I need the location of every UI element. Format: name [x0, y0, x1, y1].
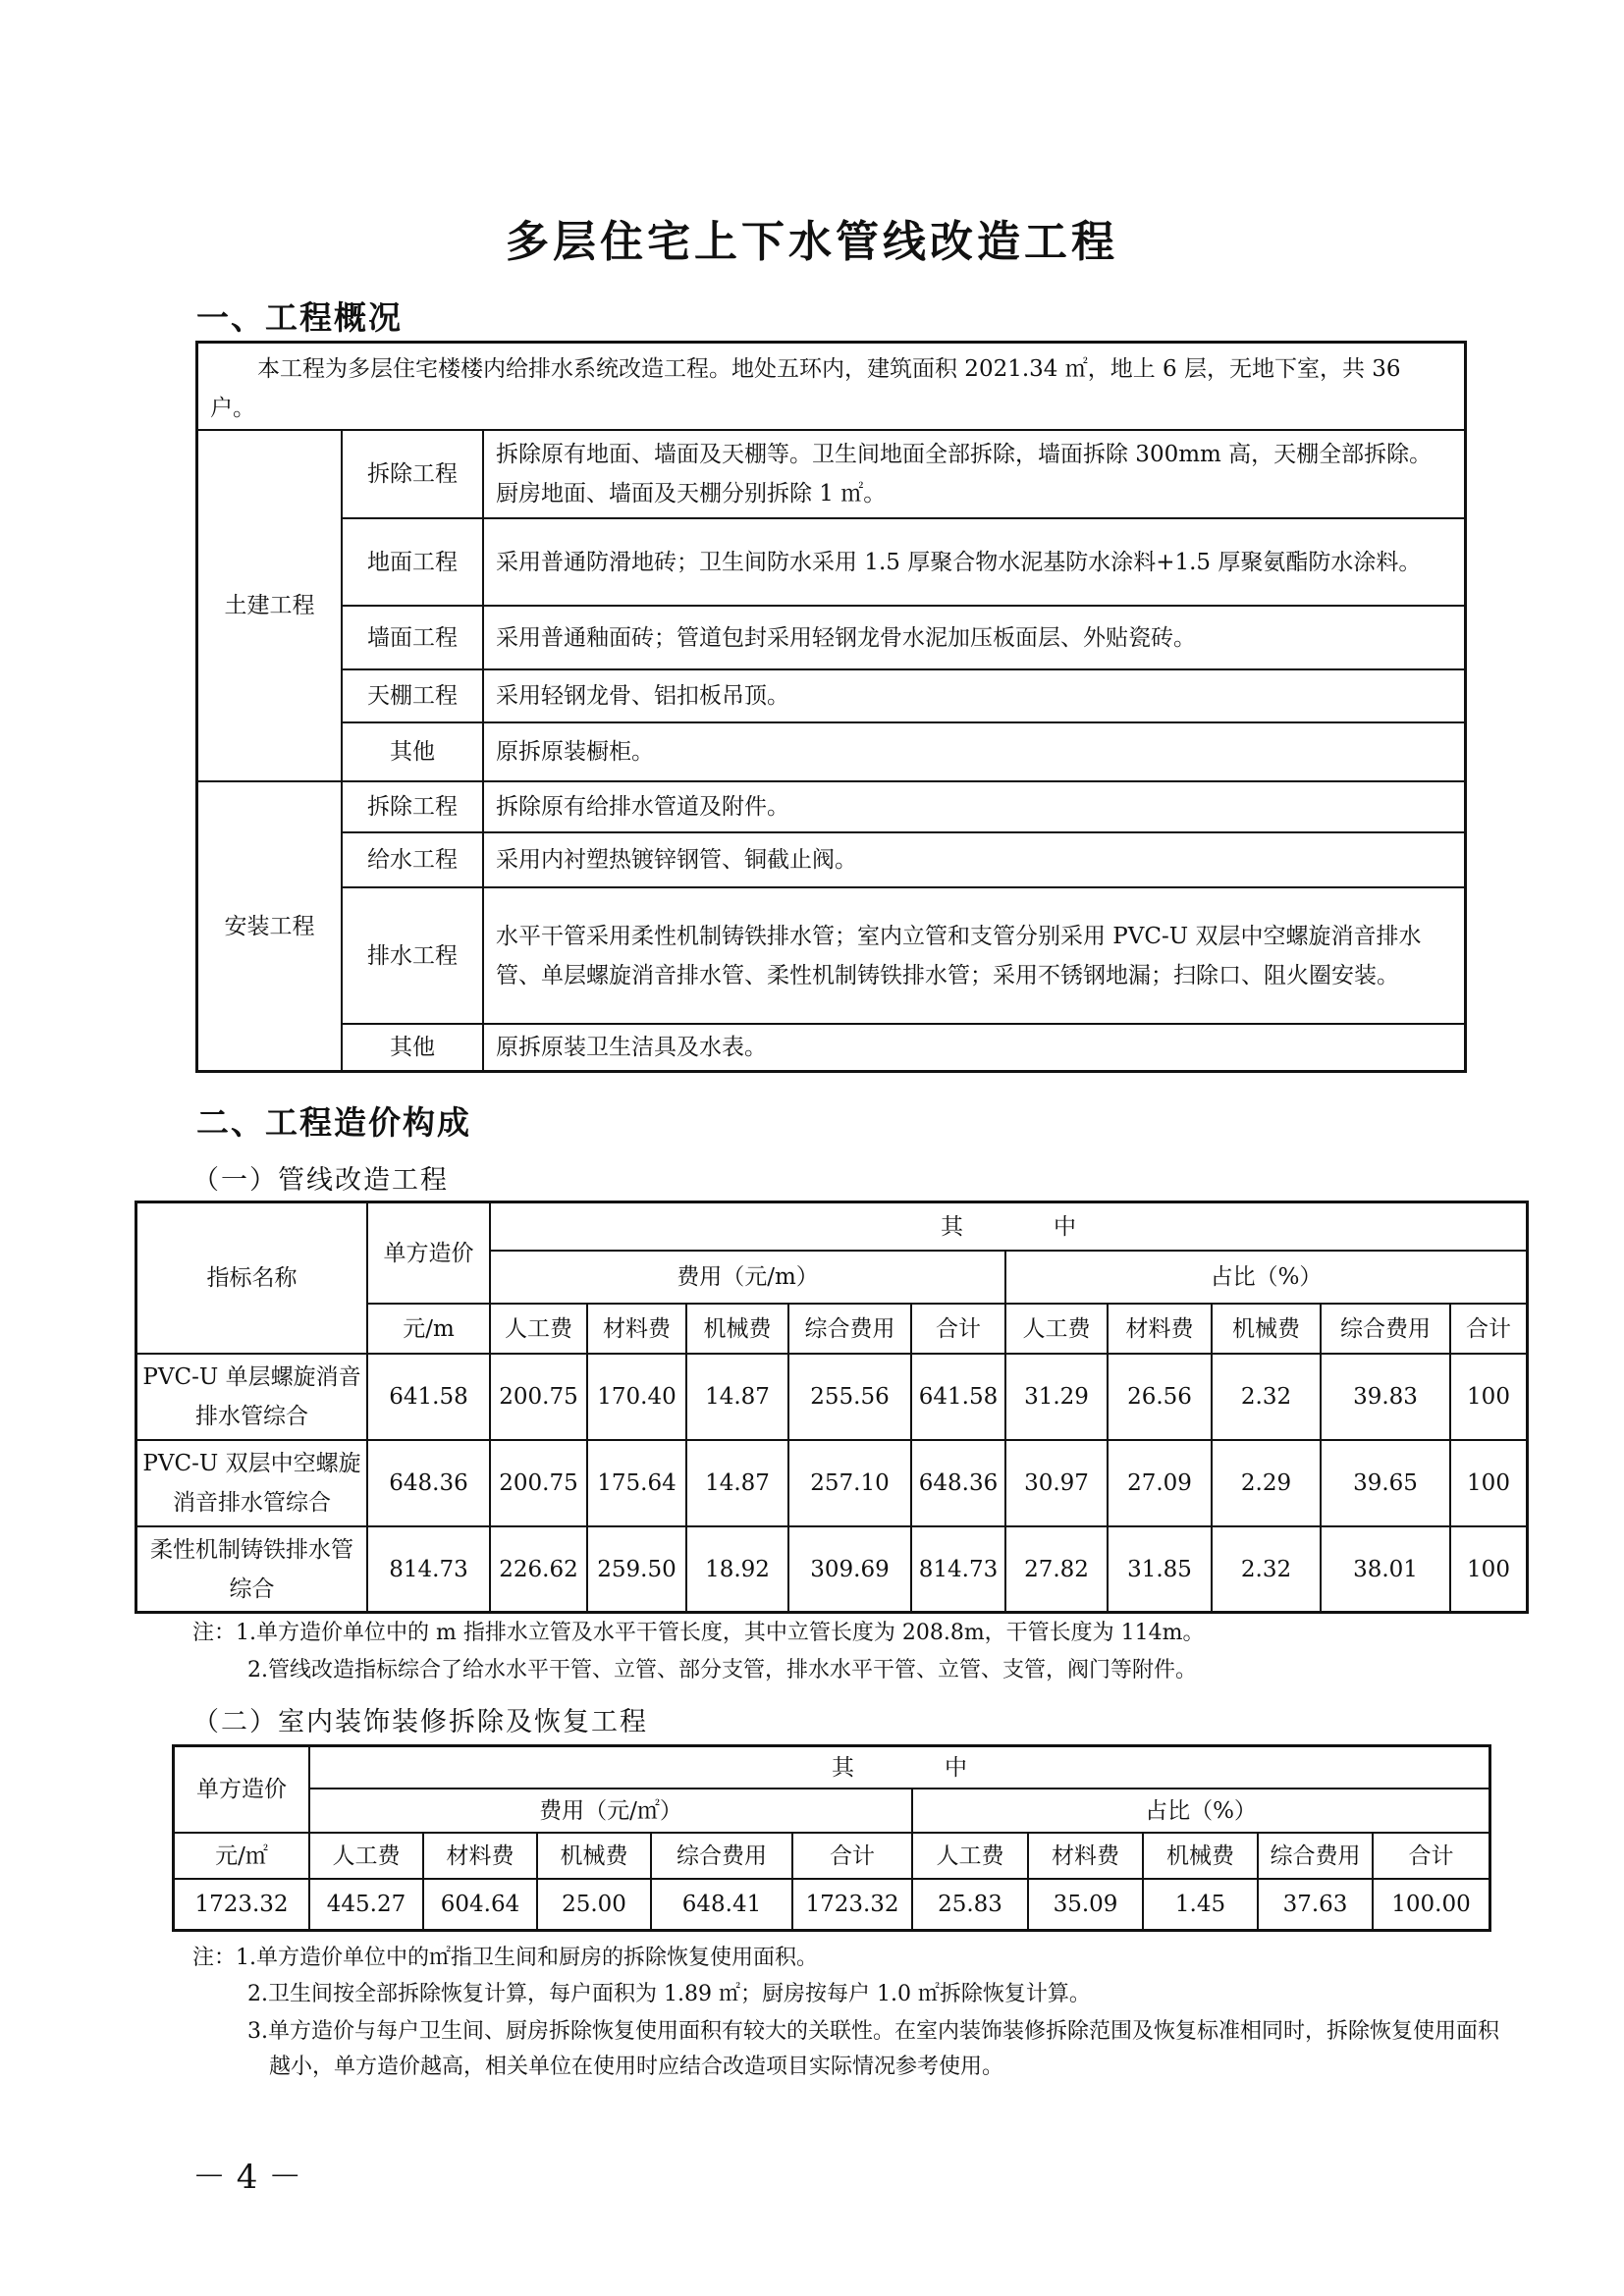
cell-material: 170.40: [588, 1355, 685, 1439]
row-price: 814.73: [368, 1527, 489, 1611]
header-col: 合计: [912, 1305, 1004, 1353]
cell-overhead: 257.10: [789, 1441, 910, 1525]
cell-machine: 14.87: [687, 1441, 787, 1525]
cell-overhead-ratio: 39.65: [1322, 1441, 1449, 1525]
header-among: 其 中: [310, 1747, 1489, 1788]
cell-machine-ratio: 2.32: [1213, 1527, 1320, 1611]
header-col: 材料费: [1109, 1305, 1211, 1353]
header-col: 综合费用: [652, 1834, 791, 1878]
header-col: 综合费用: [1259, 1834, 1372, 1878]
header-col: 人工费: [310, 1834, 422, 1878]
item-desc: 原拆原装橱柜。: [484, 723, 1464, 780]
subsection-heading-pipeline: （一）管线改造工程: [192, 1158, 449, 1197]
header-unit-price: 单方造价: [175, 1747, 308, 1832]
cell-material-ratio: 27.09: [1109, 1441, 1211, 1525]
item-label: 墙面工程: [343, 607, 482, 668]
section-heading-cost: 二、工程造价构成: [196, 1097, 471, 1144]
cell-total: 814.73: [912, 1527, 1004, 1611]
note-1: 注：1.单方造价单位中的㎡指卫生间和厨房的拆除恢复使用面积。: [192, 1941, 818, 1976]
item-desc: 拆除原有给排水管道及附件。: [484, 782, 1464, 831]
group-label-installation: 安装工程: [198, 782, 341, 1071]
cell-material-ratio: 31.85: [1109, 1527, 1211, 1611]
cell-labor: 226.62: [491, 1527, 586, 1611]
cell-machine-ratio: 2.29: [1213, 1441, 1320, 1525]
note-2: 2.卫生间按全部拆除恢复计算，每户面积为 1.89 ㎡；厨房按每户 1.0 ㎡拆…: [247, 1977, 1091, 2012]
header-col: 机械费: [687, 1305, 787, 1353]
cell-machine: 25.00: [538, 1880, 650, 1929]
header-col: 机械费: [538, 1834, 650, 1878]
header-name: 指标名称: [137, 1203, 366, 1353]
header-col: 合计: [1374, 1834, 1489, 1878]
item-label: 其他: [343, 723, 482, 780]
cell-overhead-ratio: 38.01: [1322, 1527, 1449, 1611]
row-price: 1723.32: [175, 1880, 308, 1929]
header-unit: 元/m: [368, 1305, 489, 1353]
cell-total: 641.58: [912, 1355, 1004, 1439]
item-desc: 水平干管采用柔性机制铸铁排水管；室内立管和支管分别采用 PVC-U 双层中空螺旋…: [484, 888, 1464, 1023]
cell-total-ratio: 100: [1451, 1527, 1526, 1611]
overview-intro: 本工程为多层住宅楼楼内给排水系统改造工程。地处五环内，建筑面积 2021.34 …: [198, 344, 1463, 430]
header-col: 材料费: [424, 1834, 536, 1878]
cell-material-ratio: 26.56: [1109, 1355, 1211, 1439]
row-name: 柔性机制铸铁排水管综合: [139, 1527, 364, 1611]
row-name: PVC-U 双层中空螺旋消音排水管综合: [139, 1441, 364, 1525]
group-label-civil: 土建工程: [198, 431, 341, 780]
header-ratio-group: 占比（%）: [913, 1789, 1489, 1832]
cell-labor: 200.75: [491, 1441, 586, 1525]
cell-labor: 445.27: [310, 1880, 422, 1929]
header-col: 合计: [793, 1834, 911, 1878]
note-3: 3.单方造价与每户卫生间、厨房拆除恢复使用面积有较大的关联性。在室内装饰装修拆除…: [247, 2014, 1506, 2085]
header-col: 人工费: [491, 1305, 586, 1353]
header-cost-group: 费用（元/㎡）: [310, 1789, 911, 1832]
cell-labor-ratio: 25.83: [913, 1880, 1027, 1929]
header-ratio-group: 占比（%）: [1006, 1252, 1526, 1303]
cell-labor-ratio: 31.29: [1006, 1355, 1107, 1439]
cell-machine: 18.92: [687, 1527, 787, 1611]
header-cost-group: 费用（元/m）: [491, 1252, 1004, 1303]
cell-total: 648.36: [912, 1441, 1004, 1525]
header-col: 人工费: [1006, 1305, 1107, 1353]
header-among: 其 中: [491, 1203, 1526, 1250]
header-unit-price: 单方造价: [368, 1203, 489, 1303]
cell-labor-ratio: 30.97: [1006, 1441, 1107, 1525]
cell-material-ratio: 35.09: [1029, 1880, 1142, 1929]
cell-overhead: 648.41: [652, 1880, 791, 1929]
cell-machine-ratio: 2.32: [1213, 1355, 1320, 1439]
header-col: 机械费: [1213, 1305, 1320, 1353]
item-label: 拆除工程: [343, 431, 482, 517]
header-col: 综合费用: [789, 1305, 910, 1353]
cell-material: 175.64: [588, 1441, 685, 1525]
note-2: 2.管线改造指标综合了给水水平干管、立管、部分支管，排水水平干管、立管、支管，阀…: [247, 1653, 1197, 1688]
cell-machine: 14.87: [687, 1355, 787, 1439]
item-label: 排水工程: [343, 888, 482, 1023]
cell-overhead-ratio: 39.83: [1322, 1355, 1449, 1439]
header-col: 合计: [1451, 1305, 1526, 1353]
cell-overhead: 309.69: [789, 1527, 910, 1611]
item-label: 其他: [343, 1025, 482, 1070]
header-col: 机械费: [1144, 1834, 1257, 1878]
section-heading-overview: 一、工程概况: [196, 293, 403, 339]
subsection-heading-decoration: （二）室内装饰装修拆除及恢复工程: [192, 1700, 648, 1738]
cell-overhead: 255.56: [789, 1355, 910, 1439]
item-desc: 拆除原有地面、墙面及天棚等。卫生间地面全部拆除，墙面拆除 300mm 高，天棚全…: [484, 431, 1464, 517]
row-price: 648.36: [368, 1441, 489, 1525]
item-desc: 采用内衬塑热镀锌钢管、铜截止阀。: [484, 833, 1464, 886]
header-col: 材料费: [588, 1305, 685, 1353]
cell-material: 259.50: [588, 1527, 685, 1611]
document-title: 多层住宅上下水管线改造工程: [0, 206, 1624, 269]
item-desc: 采用普通釉面砖；管道包封采用轻钢龙骨水泥加压板面层、外贴瓷砖。: [484, 607, 1464, 668]
item-desc: 原拆原装卫生洁具及水表。: [484, 1025, 1464, 1070]
item-label: 拆除工程: [343, 782, 482, 831]
item-label: 地面工程: [343, 519, 482, 606]
item-label: 给水工程: [343, 833, 482, 886]
header-col: 人工费: [913, 1834, 1027, 1878]
cell-material: 604.64: [424, 1880, 536, 1929]
cell-total-ratio: 100: [1451, 1441, 1526, 1525]
header-col: 材料费: [1029, 1834, 1142, 1878]
cell-total: 1723.32: [793, 1880, 911, 1929]
item-desc: 采用轻钢龙骨、铝扣板吊顶。: [484, 670, 1464, 721]
row-price: 641.58: [368, 1355, 489, 1439]
cell-machine-ratio: 1.45: [1144, 1880, 1257, 1929]
header-unit: 元/㎡: [175, 1834, 308, 1878]
page-number: － 4 －: [192, 2150, 301, 2198]
cell-labor-ratio: 27.82: [1006, 1527, 1107, 1611]
cell-total-ratio: 100.00: [1374, 1880, 1489, 1929]
cell-overhead-ratio: 37.63: [1259, 1880, 1372, 1929]
cell-total-ratio: 100: [1451, 1355, 1526, 1439]
row-name: PVC-U 单层螺旋消音排水管综合: [139, 1355, 364, 1439]
header-col: 综合费用: [1322, 1305, 1449, 1353]
note-1: 注：1.单方造价单位中的 m 指排水立管及水平干管长度，其中立管长度为 208.…: [192, 1616, 1205, 1651]
item-label: 天棚工程: [343, 670, 482, 721]
cell-labor: 200.75: [491, 1355, 586, 1439]
item-desc: 采用普通防滑地砖；卫生间防水采用 1.5 厚聚合物水泥基防水涂料+1.5 厚聚氨…: [484, 519, 1464, 606]
